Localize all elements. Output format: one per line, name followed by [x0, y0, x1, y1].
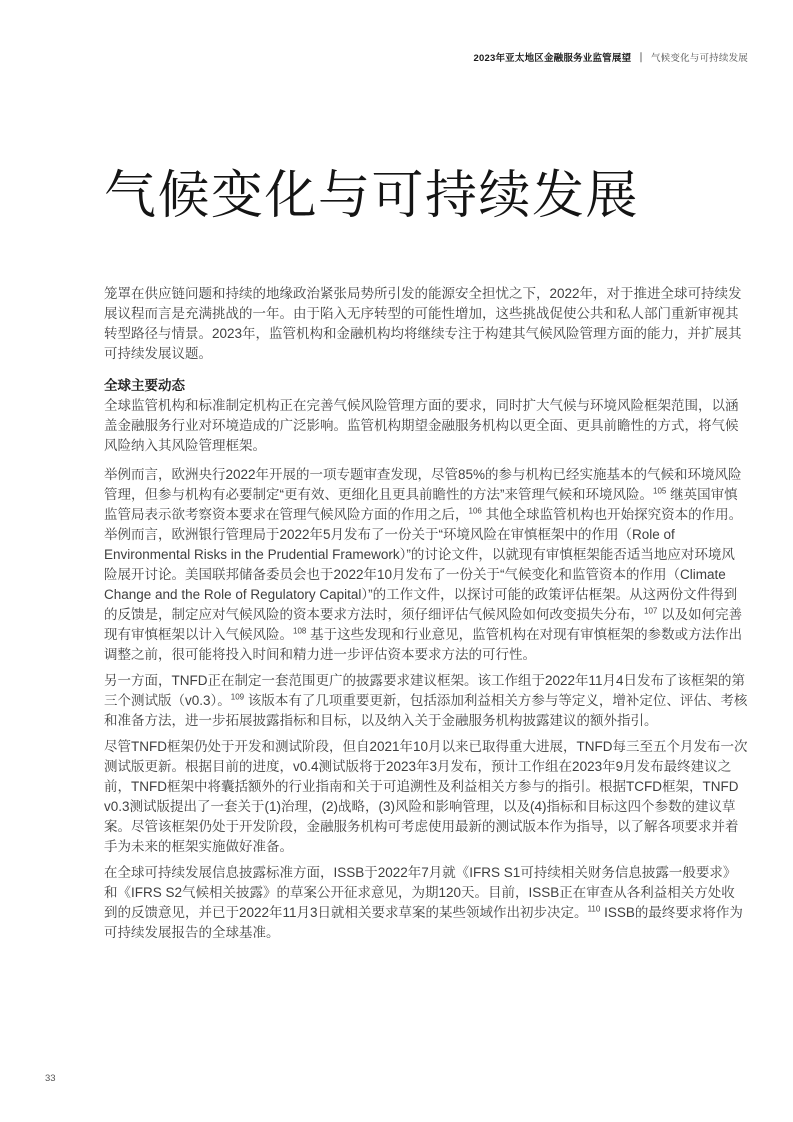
- paragraph-intro: 笼罩在供应链问题和持续的地缘政治紧张局势所引发的能源安全担忧之下，2022年，对…: [104, 284, 748, 364]
- paragraph-tnfd-timeline: 尽管TNFD框架仍处于开发和测试阶段，但自2021年10月以来已取得重大进展，T…: [104, 737, 748, 857]
- header-chapter-name: 气候变化与可持续发展: [651, 53, 748, 64]
- paragraph-tnfd-update: 另一方面，TNFD正在制定一套范围更广的披露要求建议框架。该工作组于2022年1…: [104, 671, 748, 731]
- footnote-ref: 108: [293, 627, 306, 636]
- body-content: 笼罩在供应链问题和持续的地缘政治紧张局势所引发的能源安全担忧之下，2022年，对…: [104, 284, 748, 949]
- report-title: 2023年亚太地区金融服务业监管展望: [474, 53, 632, 64]
- footnote-ref: 105: [653, 487, 666, 496]
- paragraph-global-overview: 全球监管机构和标准制定机构正在完善气候风险管理方面的要求，同时扩大气候与环境风险…: [104, 396, 748, 456]
- footnote-ref: 109: [231, 693, 244, 702]
- footnote-ref: 107: [644, 607, 657, 616]
- footnote-ref: 106: [469, 507, 482, 516]
- paragraph-capital-requirements: 举例而言，欧洲央行2022年开展的一项专题审查发现，尽管85%的参与机构已经实施…: [104, 465, 748, 665]
- header-separator: ｜: [631, 53, 651, 64]
- document-page: 2023年亚太地区金融服务业监管展望｜气候变化与可持续发展 气候变化与可持续发展…: [0, 0, 793, 1122]
- page-title: 气候变化与可持续发展: [104, 168, 639, 225]
- section-heading: 全球主要动态: [104, 376, 748, 396]
- footnote-ref: 110: [588, 905, 601, 914]
- paragraph-issb-disclosure: 在全球可持续发展信息披露标准方面，ISSB于2022年7月就《IFRS S1可持…: [104, 863, 748, 943]
- running-header: 2023年亚太地区金融服务业监管展望｜气候变化与可持续发展: [474, 50, 748, 64]
- page-number: 33: [45, 1073, 56, 1084]
